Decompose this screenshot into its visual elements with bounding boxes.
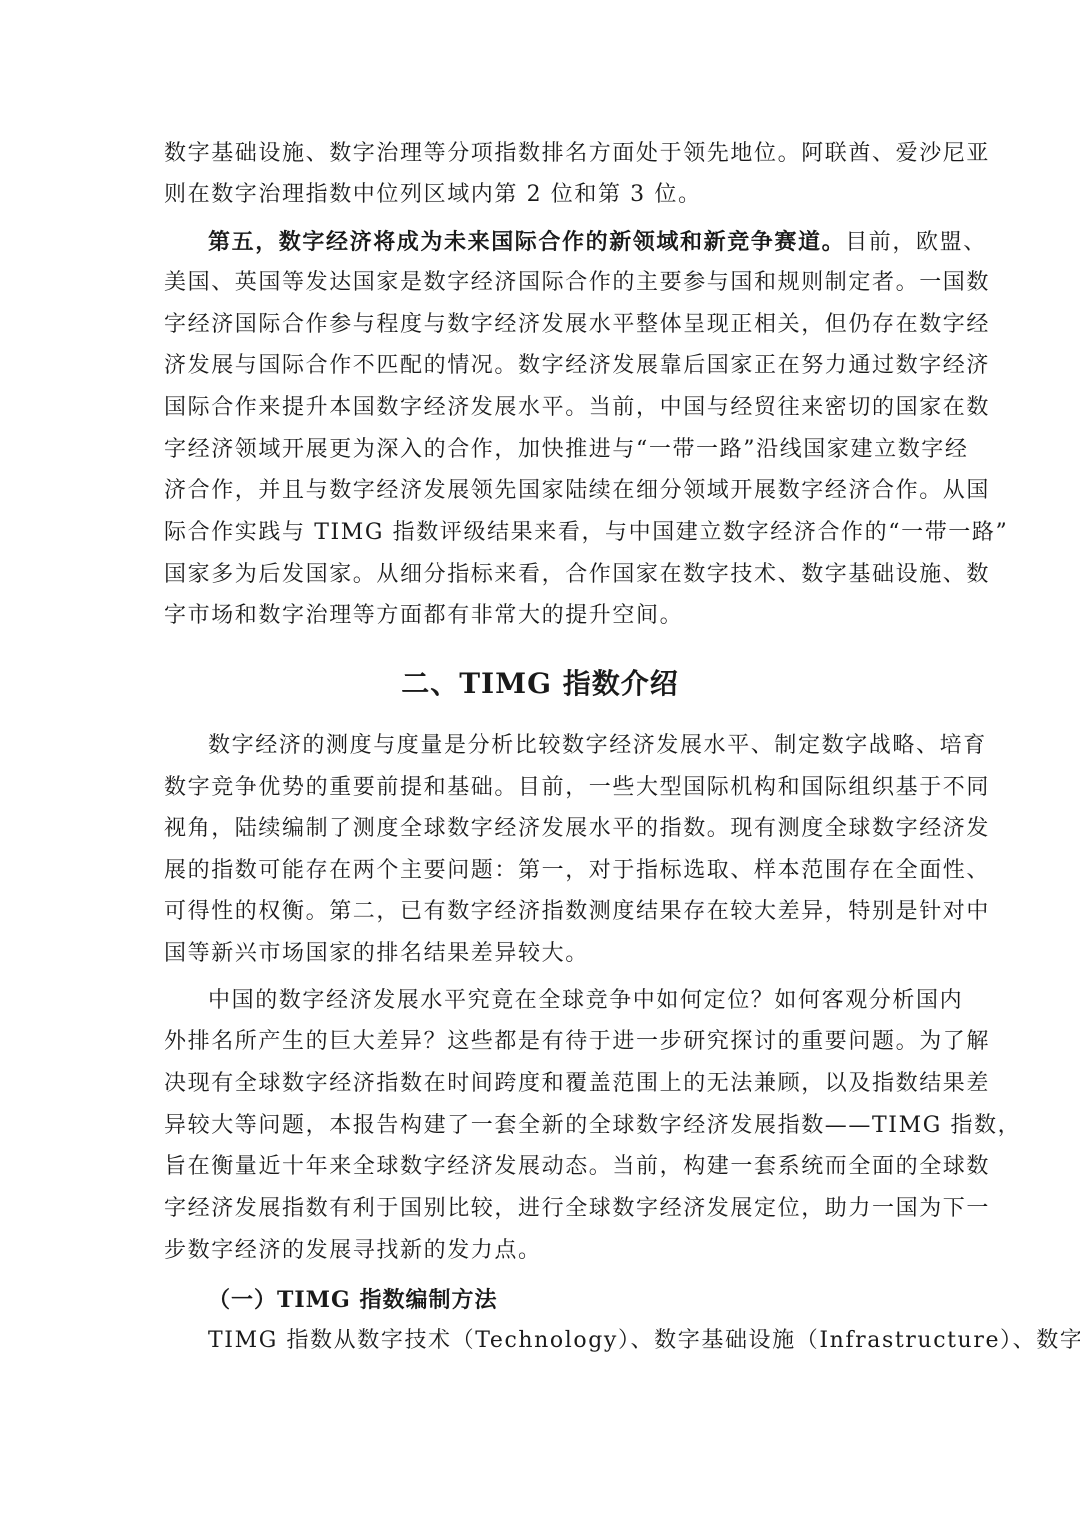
body-text-line: 国家多为后发国家。从细分指标来看，合作国家在数字技术、数字基础设施、数 bbox=[164, 560, 920, 590]
body-text-line: 数字基础设施、数字治理等分项指数排名方面处于领先地位。阿联酋、爱沙尼亚 bbox=[164, 139, 920, 169]
body-text-line: 际合作实践与 TIMG 指数评级结果来看，与中国建立数字经济合作的“一带一路” bbox=[164, 518, 920, 548]
body-text-line: 展的指数可能存在两个主要问题：第一，对于指标选取、样本范围存在全面性、 bbox=[164, 856, 920, 886]
body-text-line: 旨在衡量近十年来全球数字经济发展动态。当前，构建一套系统而全面的全球数 bbox=[164, 1152, 920, 1182]
body-text-line: 美国、英国等发达国家是数字经济国际合作的主要参与国和规则制定者。一国数 bbox=[164, 268, 920, 298]
body-text-line: 字经济领域开展更为深入的合作，加快推进与“一带一路”沿线国家建立数字经 bbox=[164, 435, 920, 465]
body-text-line: 字市场和数字治理等方面都有非常大的提升空间。 bbox=[164, 601, 920, 631]
body-text-line: 数字竞争优势的重要前提和基础。目前，一些大型国际机构和国际组织基于不同 bbox=[164, 773, 920, 803]
body-text-line: 济合作，并且与数字经济发展领先国家陆续在细分领域开展数字经济合作。从国 bbox=[164, 476, 920, 506]
body-text-line: 外排名所产生的巨大差异？这些都是有待于进一步研究探讨的重要问题。为了解 bbox=[164, 1027, 920, 1057]
point-five-lead-rest: 目前，欧盟、 bbox=[845, 230, 987, 255]
body-text-line: TIMG 指数从数字技术（Technology）、数字基础设施（Infrastr… bbox=[208, 1326, 920, 1356]
body-text-line: 决现有全球数字经济指数在时间跨度和覆盖范围上的无法兼顾，以及指数结果差 bbox=[164, 1069, 920, 1099]
document-page: 数字基础设施、数字治理等分项指数排名方面处于领先地位。阿联酋、爱沙尼亚 则在数字… bbox=[0, 0, 1080, 1527]
body-text-line: 异较大等问题，本报告构建了一套全新的全球数字经济发展指数——TIMG 指数， bbox=[164, 1111, 920, 1141]
point-five-bold-lead: 第五，数字经济将成为未来国际合作的新领域和新竞争赛道。 bbox=[208, 229, 845, 255]
body-text-line: 则在数字治理指数中位列区域内第 2 位和第 3 位。 bbox=[164, 180, 920, 210]
body-text-line: 字经济发展指数有利于国别比较，进行全球数字经济发展定位，助力一国为下一 bbox=[164, 1194, 920, 1224]
subsection-heading: （一）TIMG 指数编制方法 bbox=[208, 1285, 497, 1315]
body-text-line: 字经济国际合作参与程度与数字经济发展水平整体呈现正相关，但仍存在数字经 bbox=[164, 310, 920, 340]
body-text-line: 国等新兴市场国家的排名结果差异较大。 bbox=[164, 939, 920, 969]
point-five-lead: 第五，数字经济将成为未来国际合作的新领域和新竞争赛道。目前，欧盟、 bbox=[208, 227, 920, 258]
body-text-line: 济发展与国际合作不匹配的情况。数字经济发展靠后国家正在努力通过数字经济 bbox=[164, 351, 920, 381]
body-text-line: 数字经济的测度与度量是分析比较数字经济发展水平、制定数字战略、培育 bbox=[208, 731, 920, 761]
section-heading: 二、TIMG 指数介绍 bbox=[0, 666, 1080, 702]
body-text-line: 中国的数字经济发展水平究竟在全球竞争中如何定位？如何客观分析国内 bbox=[208, 986, 920, 1016]
body-text-line: 步数字经济的发展寻找新的发力点。 bbox=[164, 1236, 920, 1266]
body-text-line: 国际合作来提升本国数字经济发展水平。当前，中国与经贸往来密切的国家在数 bbox=[164, 393, 920, 423]
body-text-line: 可得性的权衡。第二，已有数字经济指数测度结果存在较大差异，特别是针对中 bbox=[164, 897, 920, 927]
body-text-line: 视角，陆续编制了测度全球数字经济发展水平的指数。现有测度全球数字经济发 bbox=[164, 814, 920, 844]
